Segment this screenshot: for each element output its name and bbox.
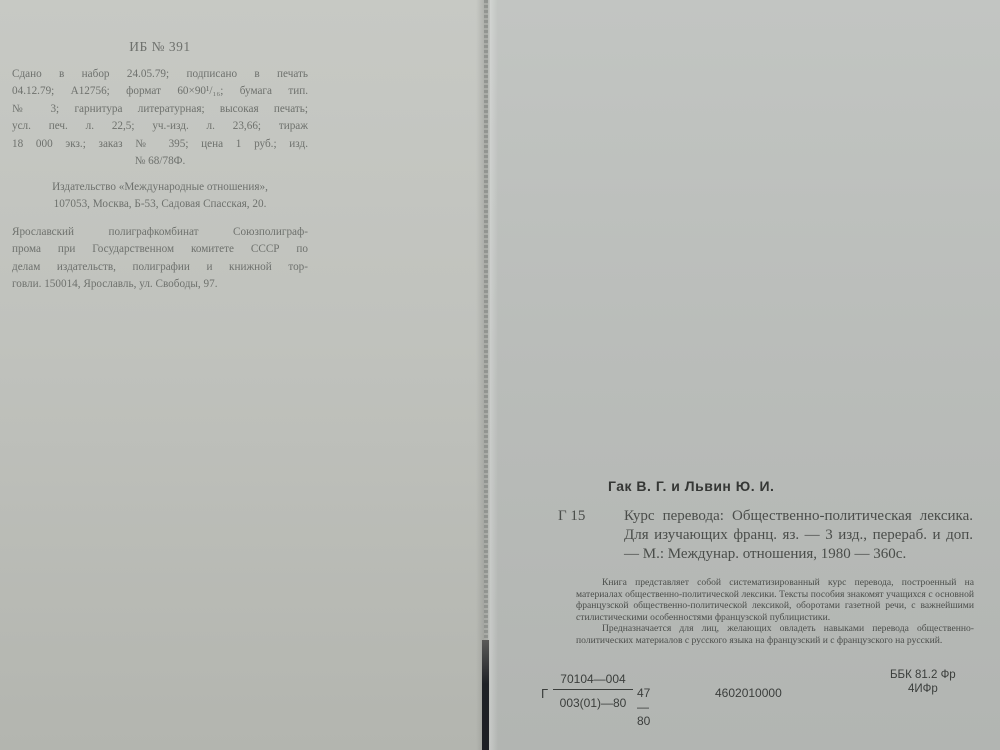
ib-number: ИБ № 391 <box>12 38 308 56</box>
index-denominator: 003(01)—80 <box>553 690 633 710</box>
imprint-line: № 3; гарнитура литературная; высокая печ… <box>12 101 308 119</box>
catalog-code: Г 15 <box>558 507 624 564</box>
bbk-line: ББК 81.2 Фр <box>890 668 956 682</box>
publisher-line: Издательство «Международные отношения», <box>12 179 308 197</box>
annotation: Книга представляет собой систематизирова… <box>576 577 974 646</box>
bbk-line: 4ИФр <box>890 682 956 696</box>
annotation-paragraph: Книга представляет собой систематизирова… <box>576 577 974 623</box>
title-record: Курс перевода: Общественно-политическая … <box>624 507 973 564</box>
print-details: Сдано в набор 24.05.79; подписано в печа… <box>12 66 308 171</box>
imprint-block: ИБ № 391 Сдано в набор 24.05.79; подписа… <box>12 38 308 294</box>
annotation-paragraph: Предназначается для лиц, желающих овладе… <box>576 623 974 646</box>
bbk-classification: ББК 81.2 Фр 4ИФр <box>890 668 956 696</box>
imprint-line: 18 000 экз.; заказ № 395; цена 1 руб.; и… <box>12 136 308 154</box>
publisher-line: 107053, Москва, Б-53, Садовая Спасская, … <box>12 196 308 214</box>
spine-stitching <box>484 0 488 750</box>
authors: Гак В. Г. и Львин Ю. И. <box>608 478 973 494</box>
publisher-info: Издательство «Международные отношения», … <box>12 179 308 214</box>
imprint-line: усл. печ. л. 22,5; уч.-изд. л. 23,66; ти… <box>12 118 308 136</box>
catalog-card: Гак В. Г. и Львин Ю. И. Г 15 Курс перево… <box>558 478 973 646</box>
printer-info: Ярославский полиграфкомбинат Союзполигра… <box>12 224 308 294</box>
spine-binding <box>482 640 489 750</box>
imprint-line: № 68/78Ф. <box>12 153 308 171</box>
imprint-line: 04.12.79; А12756; формат 60×90¹/₁₆; бума… <box>12 83 308 101</box>
printer-line: Ярославский полиграфкомбинат Союзполигра… <box>12 224 308 242</box>
index-letter: Г <box>541 686 548 701</box>
index-numerator: 70104—004 <box>553 672 633 690</box>
index-year-code: 47—80 <box>637 686 650 728</box>
imprint-line: Сдано в набор 24.05.79; подписано в печа… <box>12 66 308 84</box>
book-spine <box>476 0 498 750</box>
printer-line: делам издательств, полиграфии и книжной … <box>12 259 308 277</box>
printer-line: говли. 150014, Ярославль, ул. Свободы, 9… <box>12 276 308 294</box>
bibliographic-record: Г 15 Курс перевода: Общественно-политиче… <box>558 507 973 564</box>
index-number: 4602010000 <box>715 686 782 700</box>
printer-line: прома при Государственном комитете СССР … <box>12 241 308 259</box>
index-fraction: 70104—004 003(01)—80 <box>553 672 633 710</box>
